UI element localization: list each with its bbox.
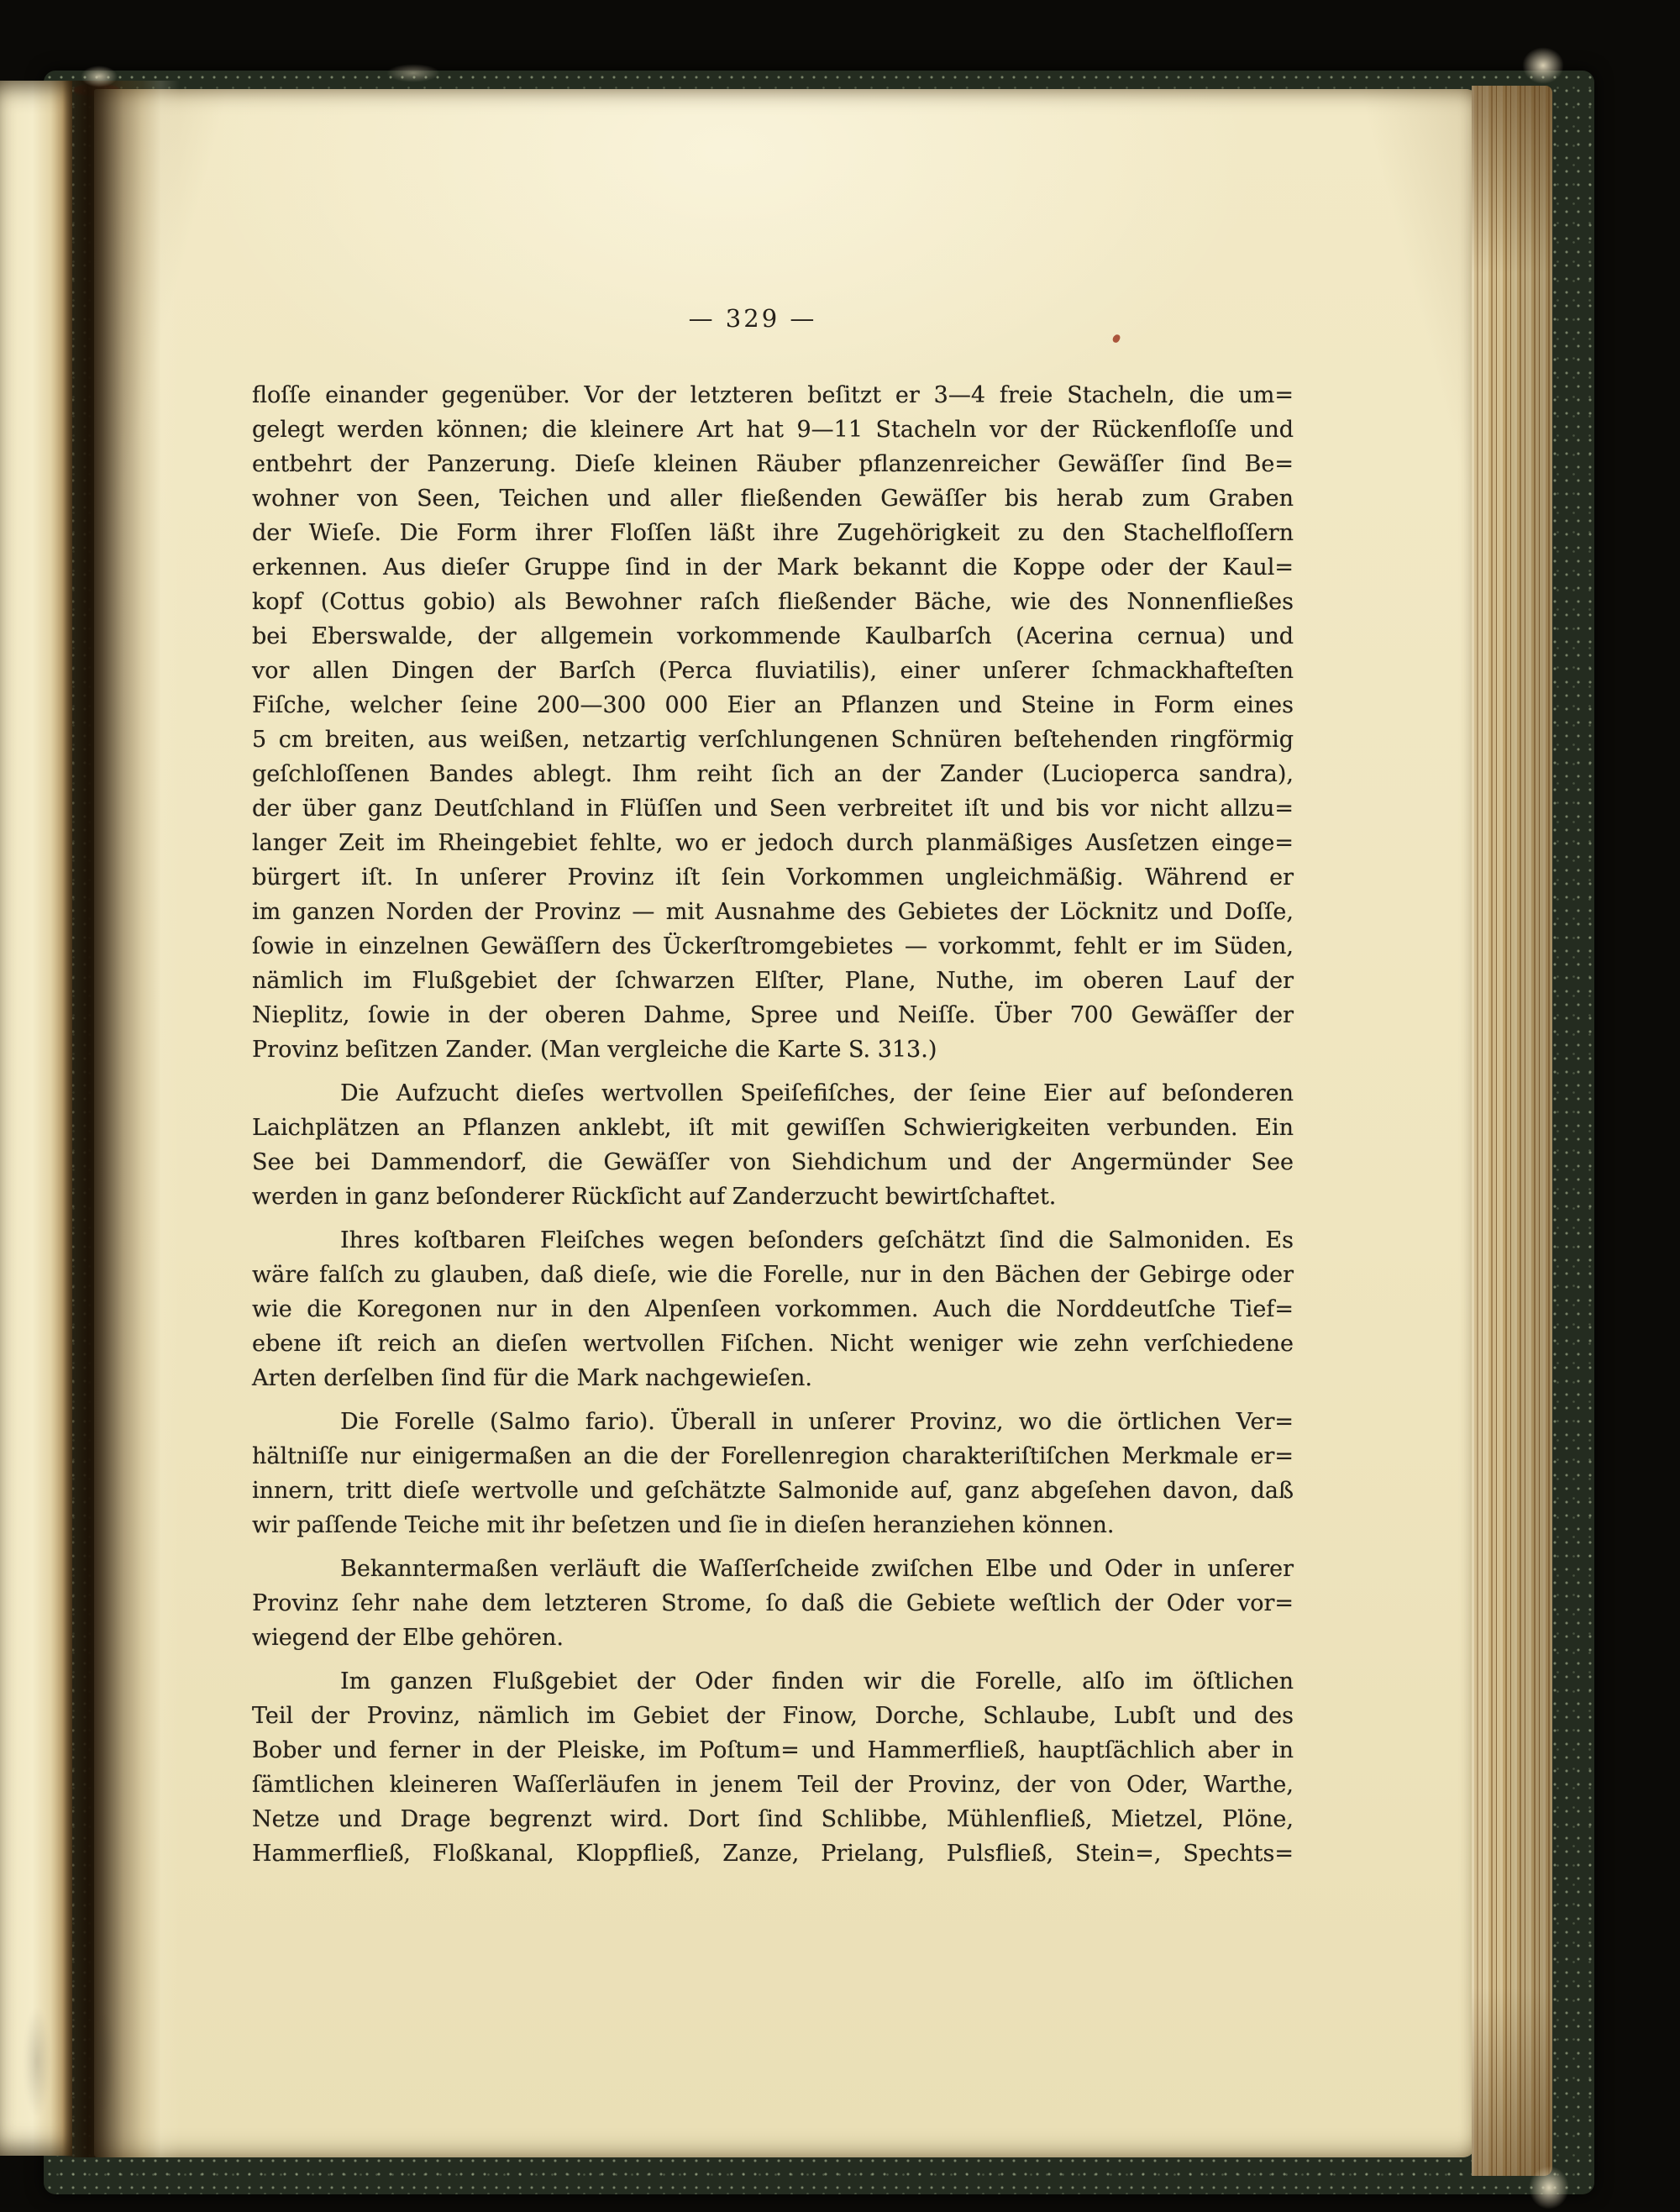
text-line: werden in ganz beſonderer Rückſicht auf … xyxy=(252,1180,1294,1214)
text-line: Die Aufzucht dieſes wertvollen Speiſefiſ… xyxy=(252,1076,1294,1111)
scan-smudge xyxy=(92,2011,114,2112)
text-line: Provinz beſitzen Zander. (Man vergleiche… xyxy=(252,1032,1294,1067)
text-line: Arten derſelben ſind für die Mark nachge… xyxy=(252,1361,1294,1395)
text-line: Hammerfließ, Floßkanal, Kloppfließ, Zanz… xyxy=(252,1836,1294,1871)
paragraph: Die Forelle (Salmo fario). Überall in un… xyxy=(252,1405,1294,1542)
paragraph: Ihres koſtbaren Fleiſches wegen beſonder… xyxy=(252,1223,1294,1395)
text-line: wir paſſende Teiche mit ihr beſetzen und… xyxy=(252,1508,1294,1542)
text-line: erkennen. Aus dieſer Gruppe ſind in der … xyxy=(252,550,1294,585)
text-block: floſſe einander gegenüber. Vor der letzt… xyxy=(252,378,1294,1871)
page-number: — 329 — xyxy=(232,304,1273,333)
text-line: floſſe einander gegenüber. Vor der letzt… xyxy=(252,378,1294,412)
text-line: Die Forelle (Salmo fario). Überall in un… xyxy=(252,1405,1294,1439)
paragraph: floſſe einander gegenüber. Vor der letzt… xyxy=(252,378,1294,1067)
text-line: wohner von Seen, Teichen und aller fließ… xyxy=(252,481,1294,516)
text-line: 5 cm breiten, aus weißen, netzartig verſ… xyxy=(252,722,1294,757)
text-line: innern, tritt dieſe wertvolle und geſchä… xyxy=(252,1474,1294,1508)
text-line: nämlich im Flußgebiet der ſchwarzen Elſt… xyxy=(252,964,1294,998)
cover-fray-thread xyxy=(1522,47,1564,84)
text-line: im ganzen Norden der Provinz — mit Ausna… xyxy=(252,895,1294,929)
text-line: der Wieſe. Die Form ihrer Floſſen läßt i… xyxy=(252,516,1294,550)
paragraph: Im ganzen Flußgebiet der Oder finden wir… xyxy=(252,1664,1294,1871)
text-line: Ihres koſtbaren Fleiſches wegen beſonder… xyxy=(252,1223,1294,1258)
text-line: Laichplätzen an Pflanzen anklebt, iſt mi… xyxy=(252,1111,1294,1145)
text-line: kopf (Cottus gobio) als Bewohner raſch f… xyxy=(252,585,1294,619)
text-line: Bober und ferner in der Pleiske, im Poſt… xyxy=(252,1733,1294,1768)
paragraph: Bekanntermaßen verläuft die Waſſerſcheid… xyxy=(252,1552,1294,1655)
scan-smudge xyxy=(24,2006,50,2117)
text-line: Provinz ſehr nahe dem letzteren Strome, … xyxy=(252,1586,1294,1621)
text-line: See bei Dammendorf, die Gewäſſer von Sie… xyxy=(252,1145,1294,1180)
cover-fray-thread xyxy=(386,64,440,82)
text-line: bei Eberswalde, der allgemein vorkommend… xyxy=(252,619,1294,654)
text-line: bürgert iſt. In unſerer Provinz iſt ſein… xyxy=(252,860,1294,895)
text-line: geſchloſſenen Bandes ablegt. Ihm reiht ſ… xyxy=(252,757,1294,791)
text-line: Bekanntermaßen verläuft die Waſſerſcheid… xyxy=(252,1552,1294,1586)
text-line: ebene iſt reich an dieſen wertvollen Fiſ… xyxy=(252,1327,1294,1361)
text-line: Teil der Provinz, nämlich im Gebiet der … xyxy=(252,1699,1294,1733)
text-line: wäre falſch zu glauben, daß dieſe, wie d… xyxy=(252,1258,1294,1292)
text-line: hältniſſe nur einigermaßen an die der Fo… xyxy=(252,1439,1294,1474)
text-line: der über ganz Deutſchland in Flüſſen und… xyxy=(252,791,1294,826)
paragraph: Die Aufzucht dieſes wertvollen Speiſefiſ… xyxy=(252,1076,1294,1214)
text-line: wiegend der Elbe gehören. xyxy=(252,1621,1294,1655)
fore-edge-page-stack xyxy=(1472,86,1552,2176)
text-line: Netze und Drage begrenzt wird. Dort ſind… xyxy=(252,1802,1294,1836)
text-line: ſowie in einzelnen Gewäſſern des Ückerſt… xyxy=(252,929,1294,964)
text-line: Im ganzen Flußgebiet der Oder finden wir… xyxy=(252,1664,1294,1699)
cover-fray-thread xyxy=(81,66,118,87)
text-line: vor allen Dingen der Barſch (Perca fluvi… xyxy=(252,654,1294,688)
text-line: gelegt werden können; die kleinere Art h… xyxy=(252,412,1294,447)
red-fleck xyxy=(1112,334,1121,344)
text-line: wie die Koregonen nur in den Alpenſeen v… xyxy=(252,1292,1294,1327)
text-line: ſämtlichen kleineren Waſſerläufen in jen… xyxy=(252,1768,1294,1802)
book-page: — 329 — floſſe einander gegenüber. Vor d… xyxy=(94,89,1475,2157)
text-line: Fiſche, welcher ſeine 200—300 000 Eier a… xyxy=(252,688,1294,722)
text-line: Nieplitz, ſowie in der oberen Dahme, Spr… xyxy=(252,998,1294,1032)
facing-page-edge xyxy=(0,81,72,2156)
cover-fray-thread xyxy=(1529,2166,1569,2209)
text-line: langer Zeit im Rheingebiet fehlte, wo er… xyxy=(252,826,1294,860)
text-line: entbehrt der Panzerung. Dieſe kleinen Rä… xyxy=(252,447,1294,481)
